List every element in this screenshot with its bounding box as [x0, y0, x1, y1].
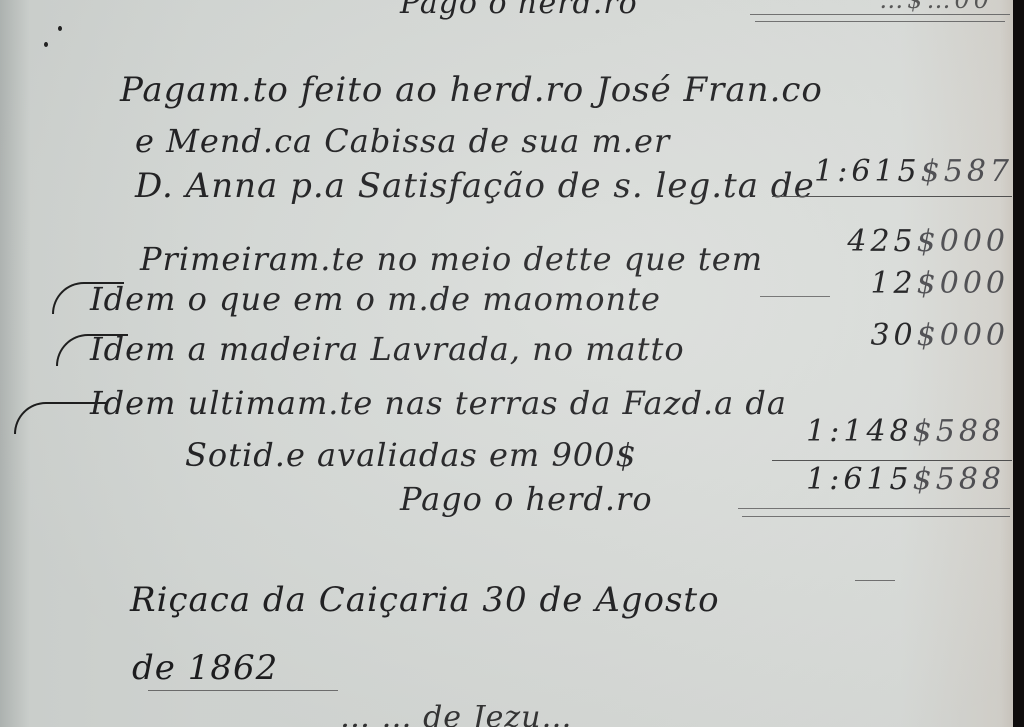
- year-underline: [148, 690, 338, 691]
- item-2-amount: 12$000: [809, 266, 1009, 301]
- footer-double-rule-2: [742, 516, 1010, 517]
- item-1-text: Primeiram.te no meio dette que tem: [140, 240, 763, 278]
- date-dash: [855, 580, 895, 581]
- legacy-total-amount: 1:615$587: [793, 154, 1013, 189]
- item-3-text: Idem a madeira Lavrada, no matto: [90, 330, 685, 368]
- amount-cents: $000: [917, 224, 1009, 259]
- amount-cents: $587: [921, 154, 1013, 189]
- entry-title-line-3: D. Anna p.a Satisfação de s. leg.ta de: [135, 166, 815, 206]
- footer-paid-line: Pago o herd.ro: [400, 480, 653, 518]
- item-3-amount: 30$000: [809, 318, 1009, 353]
- place-date-line: Riçaca da Caiçaria 30 de Agosto: [130, 580, 720, 620]
- amount-cents: $000: [917, 266, 1009, 301]
- header-amount-fragment: …$…00: [879, 0, 993, 14]
- item-4-text-a: Idem ultimam.te nas terras da Fazd.a da: [90, 384, 787, 422]
- header-double-rule-2: [755, 21, 1005, 22]
- sum-total-amount: 1:615$588: [765, 462, 1005, 497]
- amount-whole: 30: [870, 318, 916, 353]
- legacy-total-underline: [772, 196, 1012, 197]
- signature-partial: … … de Jezu…: [340, 700, 572, 727]
- header-paid-line: Pago o herd.ro: [400, 0, 638, 21]
- item-4-text-b: Sotid.e avaliadas em 900$: [185, 436, 637, 474]
- ink-dot: [44, 42, 48, 47]
- header-double-rule-1: [750, 14, 1010, 15]
- amount-cents: $588: [913, 462, 1005, 497]
- sum-rule: [772, 460, 1012, 461]
- entry-title-line-1: Pagam.to feito ao herd.ro José Fran.co: [120, 70, 823, 110]
- manuscript-page: Pago o herd.ro …$…00 Pagam.to feito ao h…: [0, 0, 1013, 727]
- amount-cents: $588: [913, 414, 1005, 449]
- amount-whole: 425: [847, 224, 916, 259]
- amount-whole: 1:148: [806, 414, 912, 449]
- year-line: de 1862: [132, 648, 278, 688]
- amount-whole: 1:615: [814, 154, 920, 189]
- amount-whole: 1:615: [806, 462, 912, 497]
- amount-cents: $000: [917, 318, 1009, 353]
- item-1-amount: 425$000: [809, 224, 1009, 259]
- amount-whole: 12: [870, 266, 916, 301]
- ink-dot: [58, 26, 62, 31]
- item-4-amount: 1:148$588: [785, 414, 1005, 449]
- entry-title-line-2: e Mend.ca Cabissa de sua m.er: [135, 122, 670, 160]
- footer-double-rule-1: [738, 508, 1010, 509]
- item-2-text: Idem o que em o m.de maomonte: [90, 280, 661, 318]
